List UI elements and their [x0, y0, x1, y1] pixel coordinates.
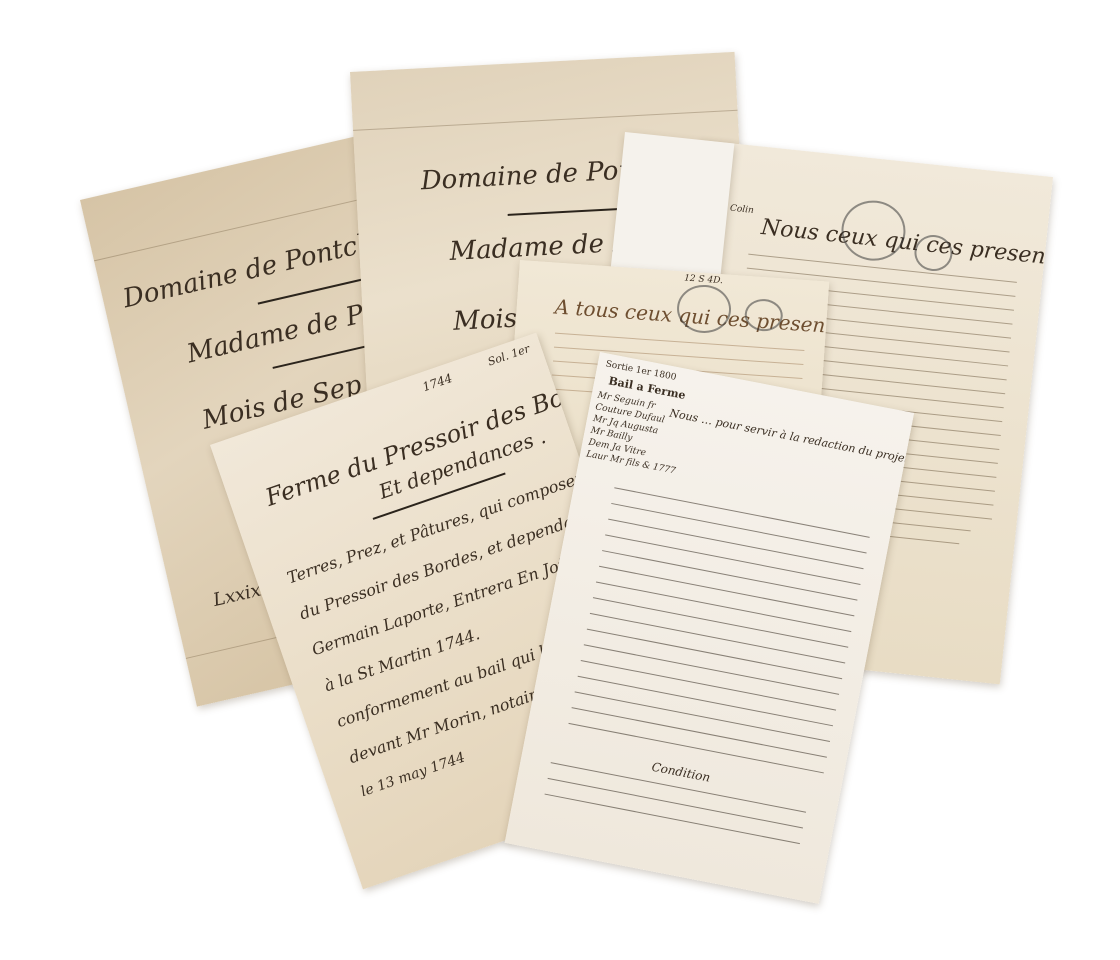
- handwritten-body: [700, 140, 1053, 177]
- doc-line: Lxxix: [211, 580, 263, 611]
- doc-heading: Nous ceux qui ces presentes: [760, 215, 1053, 273]
- stamp-label: 12 S 4D.: [684, 274, 723, 287]
- condition-label: Condition: [651, 760, 712, 785]
- doc-line: Madame de Po: [184, 296, 381, 369]
- year-annotation: 1744: [421, 371, 454, 394]
- manuscript-photo: Domaine de Pontchartra Madame de Po Mois…: [0, 0, 1120, 960]
- doc-line: Mois: [452, 304, 517, 337]
- fold-line: [353, 110, 738, 131]
- divider-rule: [508, 208, 618, 216]
- opening-line: Nous … pour servir à la redaction du pro…: [668, 407, 910, 466]
